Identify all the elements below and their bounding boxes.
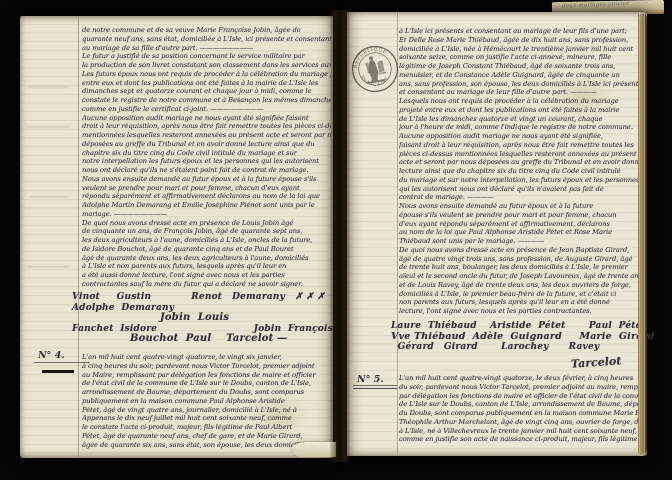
handwritten-line: acte et seront par nous déposées au gref…	[399, 158, 645, 167]
handwritten-line: Théophile Arthur Marchelant, âgé de ving…	[399, 418, 645, 427]
handwritten-line: jour à l'heure de midi, comme l'indique …	[399, 123, 645, 132]
handwritten-line: De quoi nous avons dressé acte en présen…	[399, 246, 645, 255]
handwritten-line: Adolphe Martin Demarang et Emilie Joséph…	[82, 201, 331, 210]
paper-stain	[250, 396, 310, 436]
left-page-margin-rule	[78, 16, 79, 458]
handwritten-line: par délégation les fonctions de maire et…	[399, 392, 645, 401]
handwritten-line: Gérard Girard Larochey Ravey	[391, 342, 641, 353]
handwritten-line: épouse s'ils veulent se prendre pour mar…	[399, 211, 645, 220]
handwritten-line: domiciliés à L'Isle, le premier beau-frè…	[399, 290, 645, 299]
handwritten-line: aïeul et le second oncle du futur, de Jo…	[399, 272, 645, 281]
handwritten-line: nous ont déclaré qu'ils ne s'étaient poi…	[82, 166, 331, 175]
act-3-signature-block: Vinot Gustin Renot Demarany ✗ ✗ ✗Adolphe…	[72, 292, 332, 345]
margin-act-number-4: N° 4.	[38, 350, 65, 361]
handwritten-line: De quoi nous avons dressé acte en présen…	[82, 219, 331, 228]
handwritten-line: Vinot Gustin Renot Demarany ✗ ✗ ✗	[72, 292, 332, 303]
handwritten-line: faisant droit à leur réquisition, après …	[399, 141, 645, 150]
handwritten-line: lecture, l'ont signé avec nous et les pa…	[399, 307, 645, 316]
handwritten-line: notre interpellation les futurs époux et…	[82, 157, 331, 166]
handwritten-line: a été aussi donné lecture, l'ont signé a…	[82, 271, 331, 280]
act-4-conclusion-text: à L'Isle ici présents et consentant au m…	[399, 27, 645, 319]
left-page: de notre commune et de sa veuve Marie Fr…	[20, 16, 333, 458]
handwritten-line: veulent se prendre pour mari et pour fem…	[82, 184, 331, 193]
handwritten-line: à L'Isle ici présents et consentant au m…	[399, 27, 645, 36]
handwritten-line: arrondissement de Baume, département du …	[82, 388, 331, 397]
handwritten-line: mariage. ————————	[82, 210, 331, 219]
handwritten-line: la production de son livret constatant s…	[82, 61, 331, 70]
handwritten-line: contractantes sauf la mère du futur qui …	[82, 280, 331, 289]
handwritten-line: de Isidore Bouchot, âgé de quarante cinq…	[82, 245, 331, 254]
bleedthrough-mark	[30, 196, 68, 198]
handwritten-line: à L'Isle et non parents aux futurs, lesq…	[82, 262, 331, 271]
handwritten-line: de l'état civil de la commune de L'Isle …	[82, 379, 331, 388]
handwritten-line: Nous avons ensuite demandé au futur épou…	[399, 202, 645, 211]
handwritten-line: Vve Thiébaud Adèle Guignard Marie Girard	[391, 332, 641, 343]
handwritten-line: L'an mil huit cent quatre-vingt quatorze…	[399, 374, 645, 383]
paper-stain	[547, 72, 617, 122]
handwritten-line: menuisier, et de Constance Adèle Guignar…	[399, 71, 645, 80]
handwritten-line: légitime de Joseph Constant Thiébaud, âg…	[399, 62, 645, 71]
republique-francaise-stamp-icon: RÉPUBLIQUE FRANÇAISE	[347, 41, 403, 97]
handwritten-line: dimanches sept et quatorze courant et ch…	[82, 87, 331, 96]
handwritten-line: domiciliée à L'Isle, née à Hémécourt le …	[399, 45, 645, 54]
handwritten-line: au mariage de sa fille d'autre part. ———…	[82, 44, 331, 53]
handwritten-line: au nom de la loi que Paul Alphonse Arist…	[399, 228, 645, 237]
book-gutter	[329, 10, 351, 462]
handwritten-line: comme en justifie le certificat ci-joint…	[82, 105, 331, 114]
right-page: RÉPUBLIQUE FRANÇAISE à L'Isle ici présen…	[347, 12, 647, 456]
underline	[353, 385, 397, 386]
handwritten-line: lecture ainsi que du chapitre six du tit…	[399, 167, 645, 176]
thick-underline	[42, 370, 74, 373]
act-4-signature-block: Laure Thiébaud Aristide Pétet Paul Pétet…	[391, 321, 641, 353]
handwritten-line: du Doubs, sont comparus publiquement en …	[399, 409, 645, 418]
handwritten-line: de notre commune et de sa veuve Marie Fr…	[82, 26, 331, 35]
handwritten-line: au Maire, remplissant par délégation les…	[82, 371, 331, 380]
handwritten-line: chapitre six du titre cinq du Code civil…	[82, 149, 331, 158]
handwritten-line: Thiébaud sont unis par le mariage. ————	[399, 237, 645, 246]
register-spread: deux mariages janvier de notre commune e…	[0, 0, 672, 480]
second-underline	[353, 388, 397, 389]
margin-act-number-5: N° 5.	[357, 374, 384, 385]
handwritten-line: soixante seize, comme on justifie l'acte…	[399, 53, 645, 62]
handwritten-line: âgé de quarante deux ans, les deux agric…	[82, 254, 331, 263]
bleedthrough-mark	[26, 126, 70, 128]
act-5-opening-text: L'an mil huit cent quatre-vingt quatorze…	[399, 374, 645, 446]
handwritten-line: qui les autorisent nous ont déclaré qu'i…	[399, 185, 645, 194]
handwritten-line: mentionnées lesquelles resteront annexée…	[82, 131, 331, 140]
handwritten-line: d'eux ayant répondu séparément et affirm…	[399, 220, 645, 229]
handwritten-line: quarante neuf ans, sans état, domiciliée…	[82, 35, 331, 44]
handwritten-line: et de Louis Ravey, âgé de trente deux an…	[399, 281, 645, 290]
handwritten-line: à cinq heures du soir, pardevant nous Vi…	[82, 362, 331, 371]
handwritten-line: répondu séparément et affirmativement dé…	[82, 192, 331, 201]
handwritten-line: L'an mil huit cent quatre-vingt quatorze…	[82, 353, 331, 362]
handwritten-line: de cinquante un ans, de François Jobin, …	[82, 227, 331, 236]
handwritten-line: droit à leur réquisition, après nous êtr…	[82, 122, 331, 131]
handwritten-line: comme en justifie son acte de naissance …	[399, 435, 645, 444]
stamp-figure-icon	[363, 54, 387, 84]
handwritten-line: déposées au greffe du Tribunal et en avo…	[82, 140, 331, 149]
handwritten-line: pièces ci-dessus mentionnées lesquelles …	[399, 150, 645, 159]
handwritten-line: de trente huit ans, boulanger, les deux …	[399, 263, 645, 272]
officer-signature: Tarcelot	[570, 354, 621, 370]
handwritten-line: à L'Isle, né à Villechevreux le trente j…	[399, 427, 645, 436]
bleedthrough-mark	[27, 266, 69, 268]
handwritten-line: du mariage et sur notre interpellation, …	[399, 176, 645, 185]
handwritten-line: âgé de quatre vingt trois ans, sans prof…	[399, 255, 645, 264]
page-edge-stack	[638, 14, 647, 454]
handwritten-line: les deux agriculteurs à l'aune, domicili…	[82, 236, 331, 245]
handwritten-line: du soir, pardevant nous Victor Tarcelot,…	[399, 383, 645, 392]
act-number-label: N° 4.	[38, 350, 65, 361]
handwritten-line: de L'Isle les dimanches quatorze et ving…	[399, 115, 645, 124]
handwritten-line: contrat de mariage. ————	[399, 193, 645, 202]
act-3-conclusion-text: de notre commune et de sa veuve Marie Fr…	[82, 26, 331, 290]
handwritten-line: constate le registre de notre commune et…	[82, 96, 331, 105]
handwritten-line: Et Delle Rose Marie Thiébaud, âgée de di…	[399, 36, 645, 45]
handwritten-line: Les futurs époux nous ont requis de proc…	[82, 70, 331, 79]
handwritten-line: Le futur a justifié de sa position conce…	[82, 52, 331, 61]
handwritten-line: Bouchot Paul Tarcelot —	[72, 334, 332, 345]
pencil-annotation: deux mariages janvier	[562, 1, 629, 10]
handwritten-line: de L'Isle sur le Doubs, canton de L'Isle…	[399, 400, 645, 409]
handwritten-line: Nous avons ensuite demandé au futur épou…	[82, 175, 331, 184]
handwritten-line: entre eux et dont les publications ont é…	[82, 79, 331, 88]
handwritten-line: non parents aux futurs, lesquels après q…	[399, 298, 645, 307]
handwritten-line: Jobin Louis	[72, 313, 332, 324]
handwritten-line: Aucune opposition audit mariage ne nous …	[82, 114, 331, 123]
handwritten-line: Laure Thiébaud Aristide Pétet Paul Pétet	[391, 321, 641, 332]
handwritten-line: Aucune opposition audit mariage ne nous …	[399, 132, 645, 141]
act-number-label: N° 5.	[357, 374, 384, 385]
bleedthrough-mark	[28, 86, 68, 88]
